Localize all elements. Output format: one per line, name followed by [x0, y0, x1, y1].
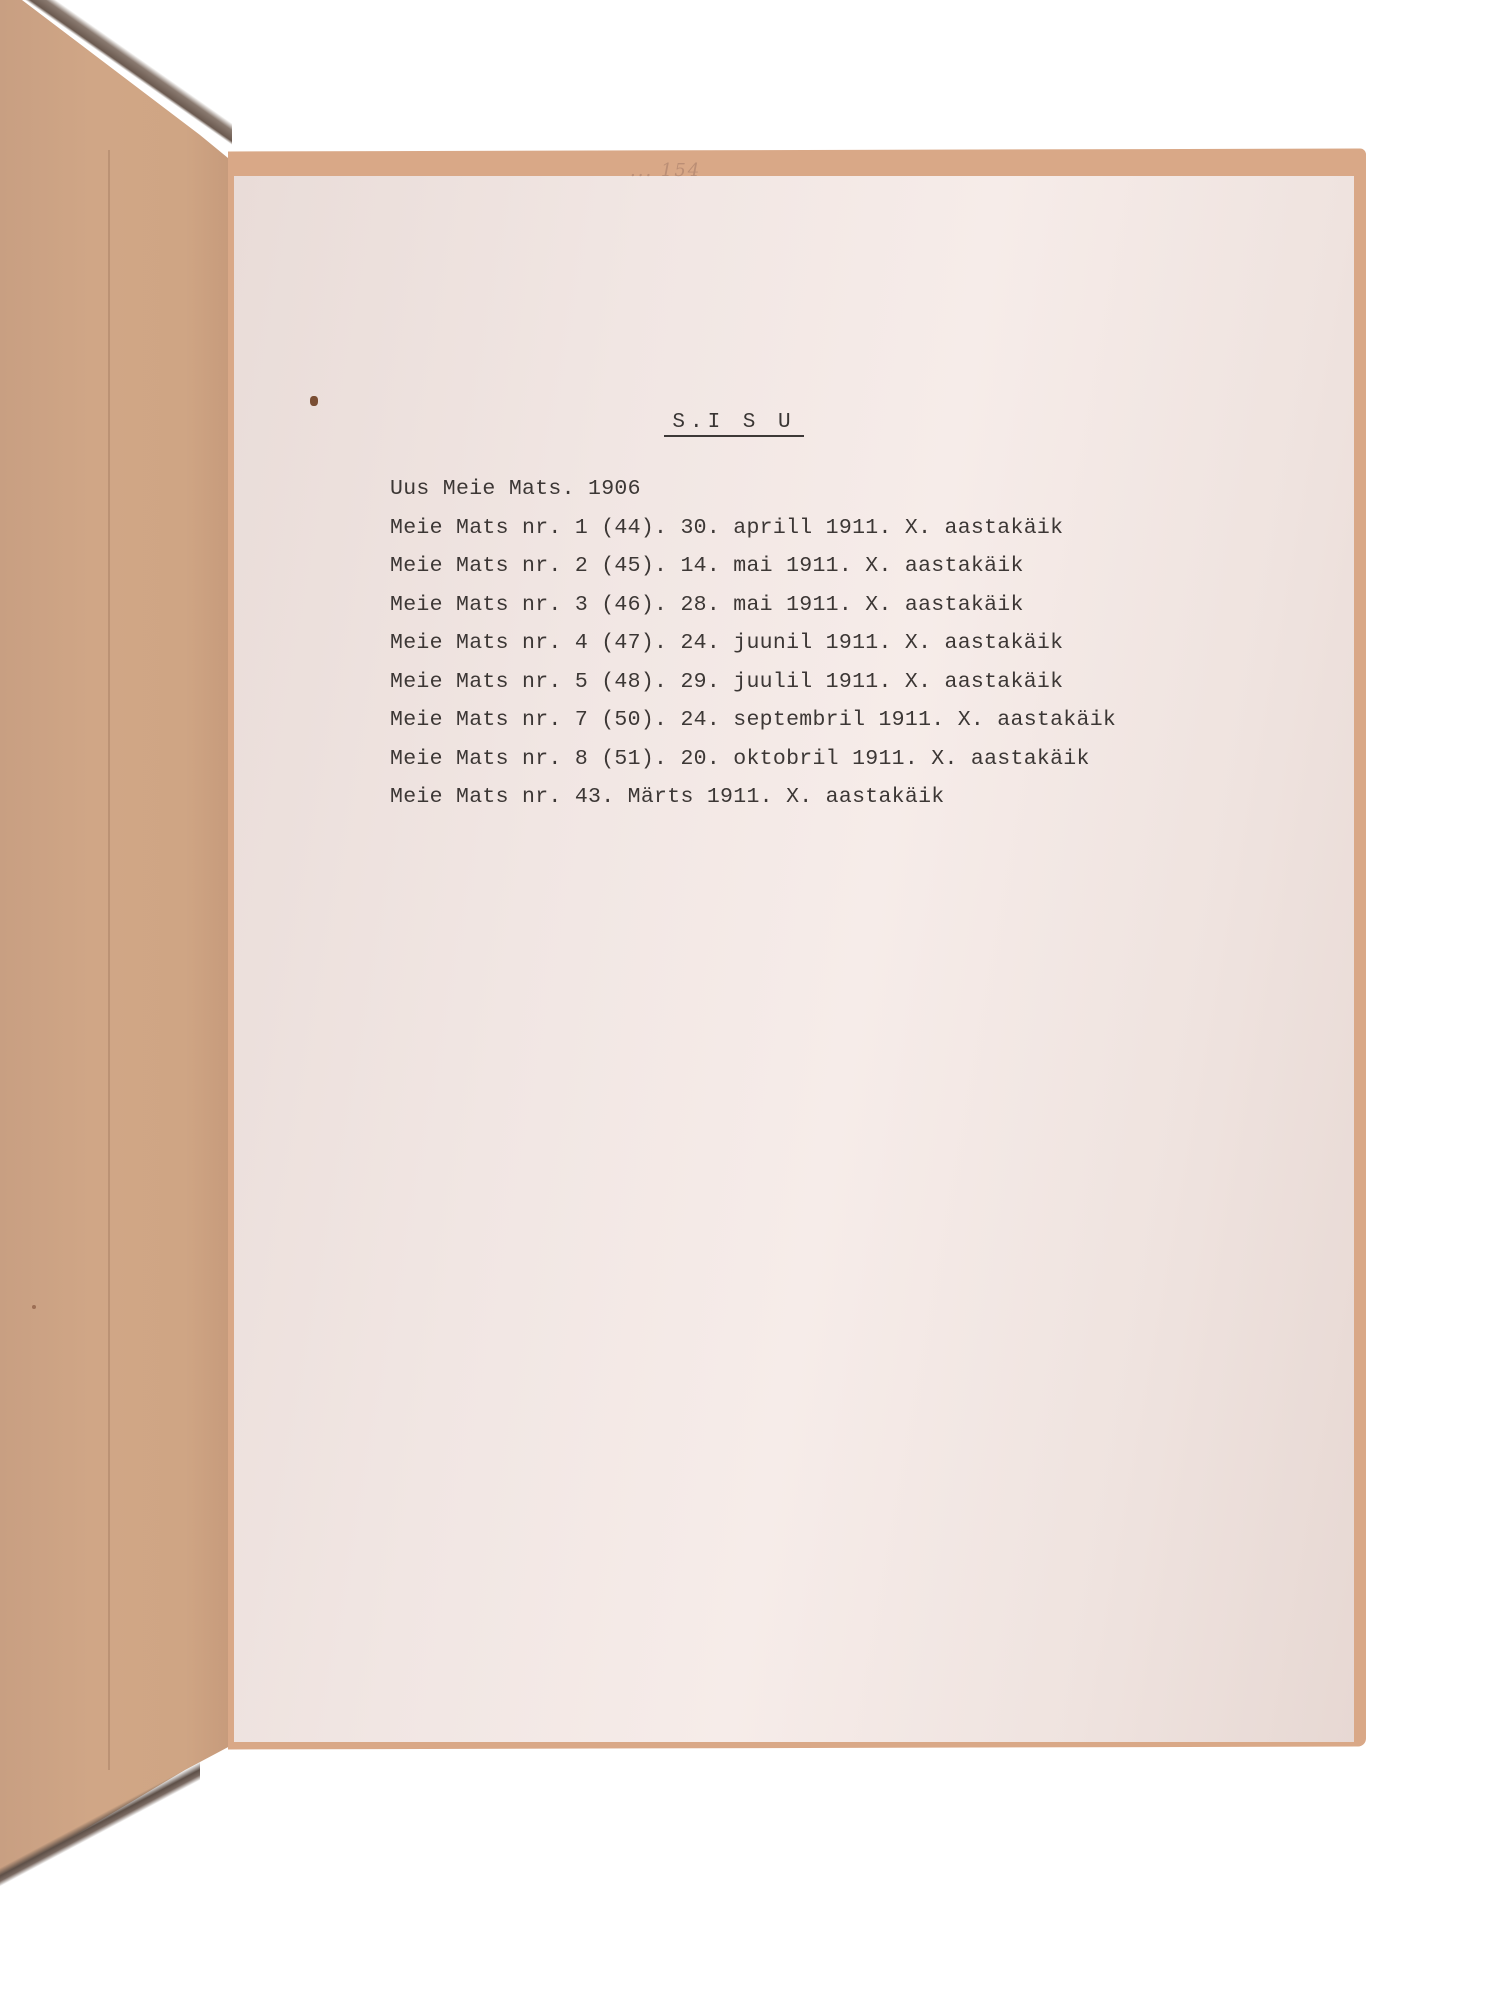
toc-entry: Meie Mats nr. 8 (51). 20. oktobril 1911.…	[390, 740, 1116, 779]
toc-entry: Meie Mats nr. 7 (50). 24. septembril 191…	[390, 701, 1116, 740]
toc-entry: Meie Mats nr. 5 (48). 29. juulil 1911. X…	[390, 663, 1116, 702]
toc-entry: Meie Mats nr. 1 (44). 30. aprill 1911. X…	[390, 509, 1116, 548]
book-cover-board	[0, 0, 232, 2000]
toc-entry: Uus Meie Mats. 1906	[390, 470, 1116, 509]
toc-entry: Meie Mats nr. 3 (46). 28. mai 1911. X. a…	[390, 586, 1116, 625]
toc-entry: Meie Mats nr. 43. Märts 1911. X. aastakä…	[390, 778, 1116, 817]
ink-speck	[310, 396, 318, 406]
cover-stain	[32, 1305, 36, 1309]
toc-entry: Meie Mats nr. 4 (47). 24. juunil 1911. X…	[390, 624, 1116, 663]
page-title: S.I S U	[664, 411, 804, 437]
pencil-note: ... 154	[630, 160, 701, 181]
toc-entry: Meie Mats nr. 2 (45). 14. mai 1911. X. a…	[390, 547, 1116, 586]
table-of-contents: Uus Meie Mats. 1906 Meie Mats nr. 1 (44)…	[390, 470, 1116, 817]
cover-crease	[108, 150, 110, 1770]
